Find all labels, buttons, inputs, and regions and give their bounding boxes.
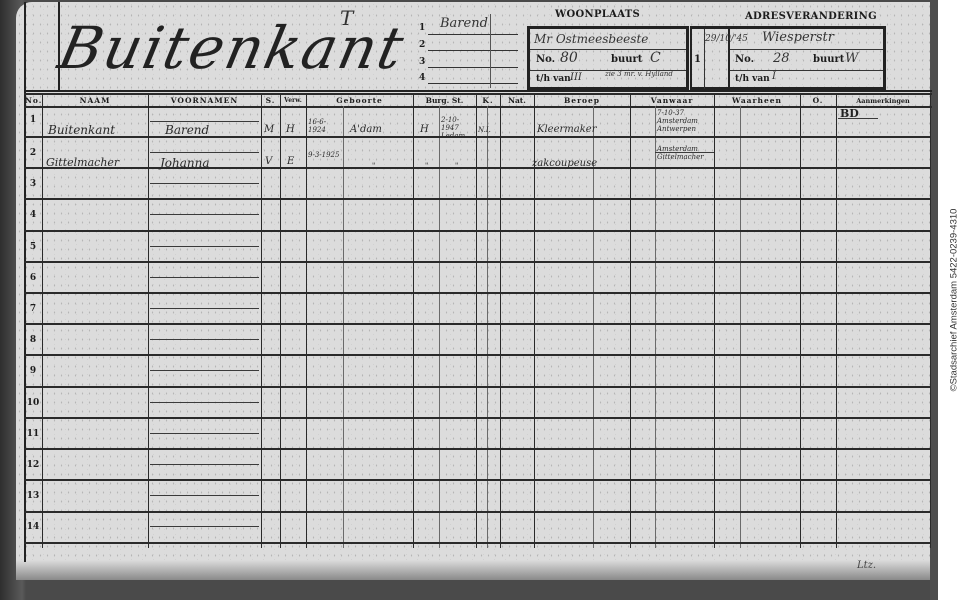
adresverandering-th-value: I	[772, 71, 776, 82]
row2-vanwaar: Amsterdam Gittelmacher	[657, 145, 713, 161]
row2-naam: Gittelmacher	[46, 156, 119, 169]
row1-s: M	[264, 124, 274, 135]
woonplaats-no-value: 80	[560, 50, 578, 66]
adresverandering-label: ADRESVERANDERING	[745, 11, 877, 22]
adresverandering-index: 1	[694, 54, 701, 65]
col-header-naam: NAAM	[42, 95, 148, 107]
voornamen-subline	[150, 402, 259, 403]
grid-vline	[740, 106, 741, 548]
given-box-divider	[490, 14, 491, 88]
voornamen-subline	[150, 152, 259, 153]
row2-s: V	[265, 156, 272, 167]
row1-aanmerkingen: BD	[840, 107, 859, 120]
col-header-k: K.	[476, 95, 500, 107]
voornamen-subline	[150, 495, 259, 496]
row-number: 1	[26, 115, 40, 125]
adresverandering-date: 29/10/'45	[705, 32, 725, 46]
row-line	[24, 511, 930, 513]
grid-vline	[930, 93, 931, 548]
row-number: 14	[26, 522, 40, 532]
row-number: 11	[26, 429, 40, 439]
woonplaats-buurt-label: buurt	[611, 54, 642, 65]
row-line	[24, 448, 930, 450]
given-line-number: 1	[419, 23, 425, 33]
woonplaats-th-note: zie 3 mr. v. Hylland	[605, 70, 683, 78]
woonplaats-buurt-value: C	[650, 50, 661, 66]
row1-beroep: Kleermaker	[537, 124, 597, 135]
voornamen-subline	[150, 370, 259, 371]
adresverandering-no-value: 28	[773, 51, 790, 66]
row-number: 3	[26, 179, 40, 189]
row1-geboorte-plaats: A'dam	[350, 124, 382, 135]
voornamen-subline	[150, 464, 259, 465]
row2-geboorte-datum: 9-3-1925	[308, 151, 342, 159]
woonplaats-no-label: No.	[536, 54, 555, 65]
row1-k: N.I.	[478, 126, 491, 134]
footer-initials: Ltz.	[857, 560, 876, 571]
given-line	[428, 34, 518, 35]
voornamen-subline	[150, 183, 259, 184]
col-header-nat: Nat.	[500, 95, 534, 107]
adresverandering-th-label: t/h van	[735, 74, 770, 84]
voornamen-subline	[150, 339, 259, 340]
col-header-o: O.	[800, 95, 836, 107]
row-number: 5	[26, 242, 40, 252]
row-number: 10	[26, 398, 40, 408]
grid-vline	[655, 106, 656, 548]
row-number: 12	[26, 460, 40, 470]
row2-voornamen: Johanna	[160, 156, 210, 170]
row2-beroep: zakcoupeuse	[532, 158, 597, 169]
given-name-1: Barend	[440, 16, 488, 31]
row-number: 6	[26, 273, 40, 283]
col-header-verw: Verw.	[280, 95, 306, 107]
addr-row-divider	[730, 70, 883, 71]
given-line-number: 2	[419, 40, 425, 50]
grid-vline	[593, 106, 594, 548]
adresverandering-no-label: No.	[735, 54, 754, 65]
col-header-beroep: Beroep	[534, 95, 630, 107]
col-header-voornamen: VOORNAMEN	[148, 95, 261, 107]
adresverandering-buurt-value: W	[845, 51, 858, 66]
col-header-burg-st: Burg. St.	[413, 95, 476, 107]
voornamen-subline	[150, 214, 259, 215]
col-header-vanwaar: Vanwaar	[630, 95, 714, 107]
row-number: 8	[26, 335, 40, 345]
row1-burg: H	[420, 124, 429, 135]
row-line	[24, 230, 930, 232]
archive-watermark: ©Stadsarchief Amsterdam 5422-0239-4310	[949, 209, 960, 392]
col-header-waarheen: Waarheen	[714, 95, 800, 107]
row1-verw: H	[286, 124, 295, 135]
addr-row-divider	[530, 49, 686, 50]
surname-annotation: T	[340, 6, 353, 30]
row-line	[24, 386, 930, 388]
col-header-no: No.	[25, 95, 42, 107]
row-number: 2	[26, 148, 40, 158]
woonplaats-street: Mr Ostmeesbeeste	[534, 32, 648, 46]
adresverandering-street: Wiesperstr	[762, 30, 834, 45]
row-line	[24, 417, 930, 419]
grid-vline	[487, 106, 488, 548]
row-line	[24, 136, 930, 138]
row2-verw: E	[287, 156, 294, 167]
card-bottom-shadow	[16, 560, 932, 580]
voornamen-subline	[150, 526, 259, 527]
voornamen-subline	[150, 308, 259, 309]
header-separator	[24, 90, 932, 92]
addr-row-divider	[730, 49, 883, 50]
row1-geboorte-datum: 16-6-1924	[308, 118, 342, 134]
woonplaats-th-label: t/h van	[536, 74, 571, 84]
given-line	[428, 50, 518, 51]
grid-vline	[343, 106, 344, 548]
row1-burg-datum: 2-10-1947 Ledam	[441, 116, 475, 140]
row-line	[24, 323, 930, 325]
grid-vline	[439, 106, 440, 548]
given-line	[428, 67, 518, 68]
row-line	[24, 292, 930, 294]
row-number: 4	[26, 210, 40, 220]
row-line	[24, 542, 930, 544]
row1-naam: Buitenkant	[48, 123, 115, 137]
col-header-s: S.	[261, 95, 280, 107]
voornamen-subline	[150, 121, 259, 122]
given-line-number: 3	[419, 57, 425, 67]
row-line	[24, 261, 930, 263]
row2-burg: "	[425, 162, 428, 170]
row2-geboorte-plaats: "	[372, 162, 375, 170]
given-line	[428, 83, 518, 84]
row-line	[24, 354, 930, 356]
woonplaats-label: WOONPLAATS	[555, 9, 640, 20]
row-line	[24, 198, 930, 200]
adresverandering-buurt-label: buurt	[813, 54, 844, 65]
woonplaats-th-value: III	[570, 72, 582, 83]
voornamen-subline	[150, 246, 259, 247]
voornamen-subline	[150, 277, 259, 278]
voornamen-subline	[150, 433, 259, 434]
row-line	[24, 479, 930, 481]
row1-voornamen: Barend	[165, 123, 209, 137]
row-number: 9	[26, 366, 40, 376]
surname-title: Buitenkant	[51, 8, 428, 88]
row2-burg-datum: "	[455, 162, 458, 170]
given-line-number: 4	[419, 73, 425, 83]
row-number: 7	[26, 304, 40, 314]
row1-vanwaar: 7-10-37 Amsterdam Antwerpen	[657, 109, 713, 133]
row-number: 13	[26, 491, 40, 501]
col-header-geboorte: Geboorte	[306, 95, 413, 107]
col-header-aanmerkingen: Aanmerkingen	[836, 95, 930, 107]
